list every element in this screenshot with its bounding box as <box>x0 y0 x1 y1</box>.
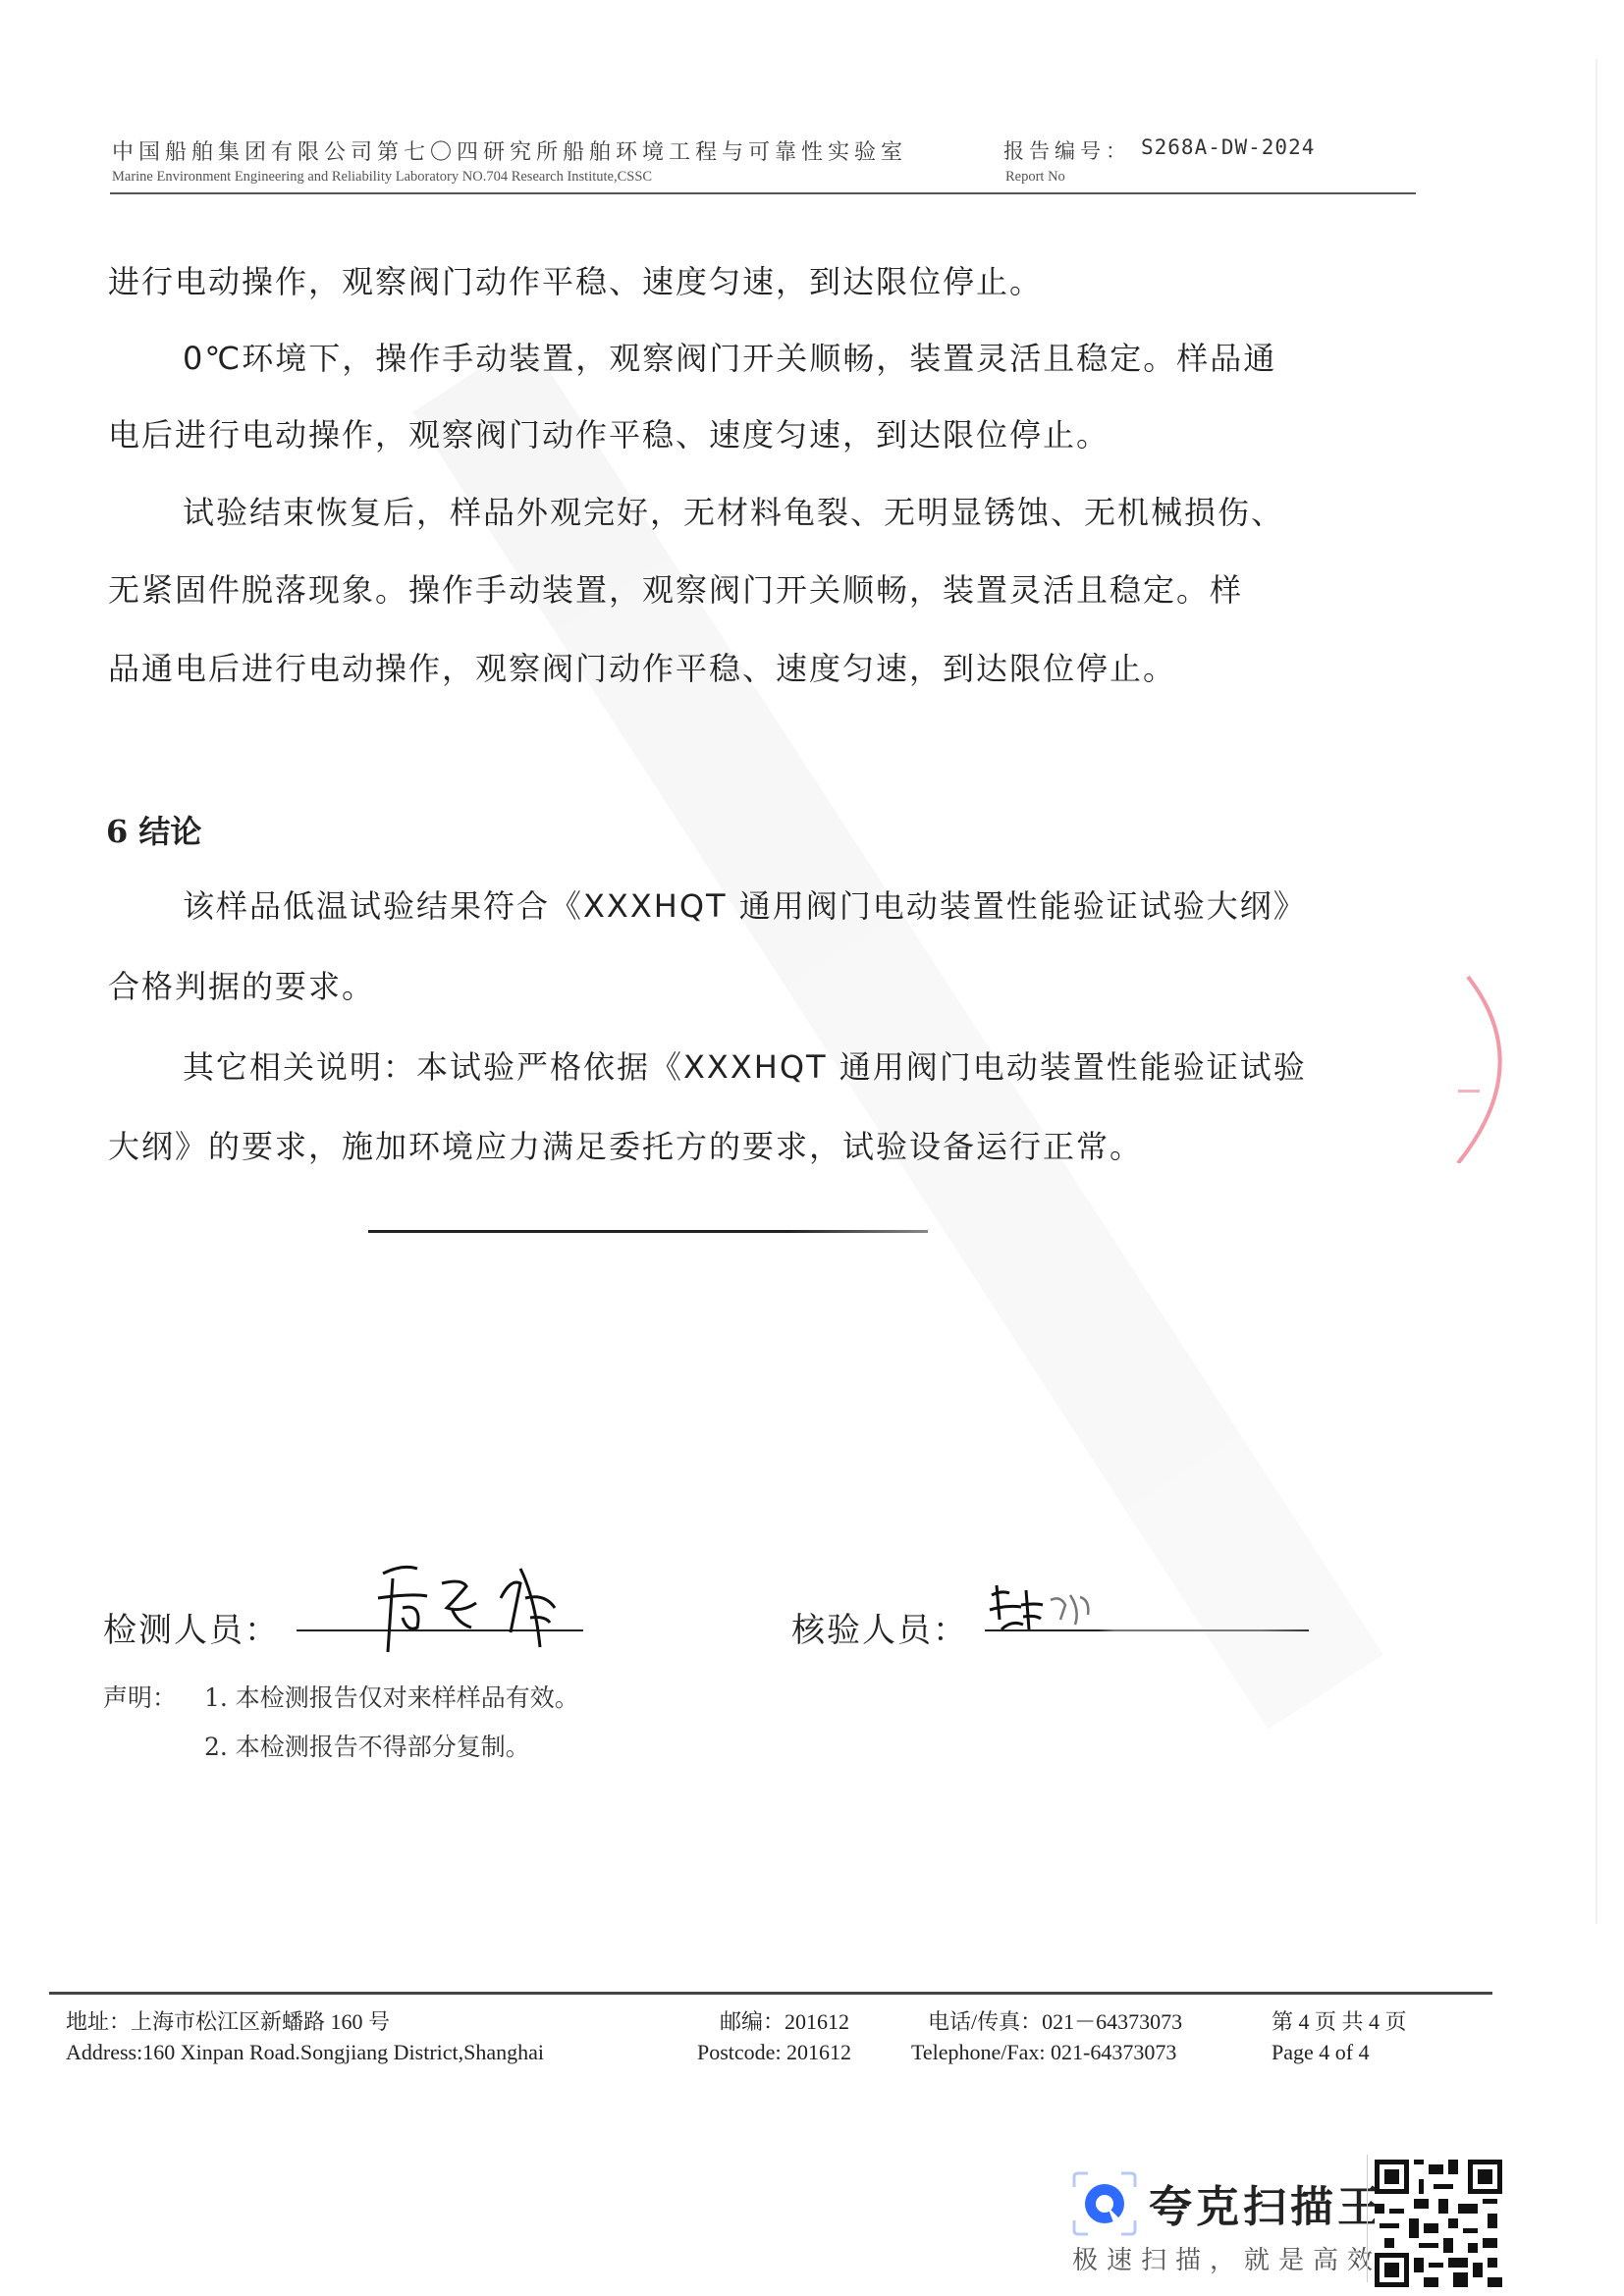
scanner-slogan: 极速扫描，就是高效 <box>1072 2240 1381 2276</box>
phone-cn: 电话/传真：021－64373073 <box>928 2005 1182 2036</box>
postcode-en: Postcode: 201612 <box>697 2040 851 2065</box>
header-rule <box>110 192 1416 194</box>
page-number-cn: 第 4 页 共 4 页 <box>1272 2005 1407 2036</box>
declaration-item: 2. 本检测报告不得部分复制。 <box>204 1728 530 1763</box>
verifier-signature <box>982 1575 1100 1644</box>
address-en: Address:160 Xinpan Road.Songjiang Distri… <box>66 2040 544 2065</box>
org-name-en: Marine Environment Engineering and Relia… <box>112 169 652 186</box>
body-line: 无紧固件脱落现象。操作手动装置，观察阀门开关顺畅，装置灵活且稳定。样 <box>108 565 1453 611</box>
quark-scanner-logo-icon <box>1070 2169 1139 2238</box>
body-line: 进行电动操作，观察阀门动作平稳、速度匀速，到达限位停止。 <box>108 257 1453 302</box>
body-line: 电后进行电动操作，观察阀门动作平稳、速度匀速，到达限位停止。 <box>108 410 1453 455</box>
phone-en: Telephone/Fax: 021-64373073 <box>911 2040 1176 2065</box>
scanner-app-name: 夸克扫描王 <box>1149 2171 1384 2234</box>
diagonal-watermark <box>412 338 1383 1730</box>
tester-label: 检测人员： <box>103 1603 280 1651</box>
badge-divider <box>1367 2155 1368 2282</box>
declaration-label: 声明： <box>103 1679 177 1714</box>
declaration-item: 1. 本检测报告仅对来样样品有效。 <box>204 1679 579 1714</box>
qr-code[interactable] <box>1375 2160 1502 2287</box>
body-line: 品通电后进行电动操作，观察阀门动作平稳、速度匀速，到达限位停止。 <box>108 644 1453 689</box>
report-no-label: 报告编号： <box>1003 135 1131 165</box>
verifier-label: 核验人员： <box>791 1603 968 1651</box>
page-number-en: Page 4 of 4 <box>1272 2040 1370 2065</box>
report-no: S268A-DW-2024 <box>1141 135 1315 159</box>
official-stamp-partial <box>1429 967 1537 1163</box>
address-cn: 地址：上海市松江区新蟠路 160 号 <box>66 2005 390 2036</box>
report-no-label-en: Report No <box>1005 169 1065 186</box>
body-line: 试验结束恢复后，样品外观完好，无材料龟裂、无明显锈蚀、无机械损伤、 <box>183 488 1528 533</box>
footer-rule <box>49 1992 1492 1995</box>
conclusion-line: 其它相关说明：本试验严格依据《XXXHQT 通用阀门电动装置性能验证试验 <box>183 1042 1528 1088</box>
section-title-conclusion: 6 结论 <box>106 807 201 852</box>
tester-signature <box>363 1539 579 1662</box>
conclusion-line: 大纲》的要求，施加环境应力满足委托方的要求，试验设备运行正常。 <box>108 1122 1453 1167</box>
conclusion-line: 合格判据的要求。 <box>108 962 1453 1007</box>
postcode-cn: 邮编：201612 <box>720 2005 849 2036</box>
scan-edge <box>1596 59 1597 1924</box>
org-name-cn: 中国船舶集团有限公司第七〇四研究所船舶环境工程与可靠性实验室 <box>112 135 907 166</box>
conclusion-line: 该样品低温试验结果符合《XXXHQT 通用阀门电动装置性能验证试验大纲》 <box>183 881 1528 927</box>
body-line: 0℃环境下，操作手动装置，观察阀门开关顺畅，装置灵活且稳定。样品通 <box>183 334 1528 379</box>
report-header: 中国船舶集团有限公司第七〇四研究所船舶环境工程与可靠性实验室 Marine En… <box>110 135 1416 194</box>
end-separator-line <box>368 1230 928 1233</box>
